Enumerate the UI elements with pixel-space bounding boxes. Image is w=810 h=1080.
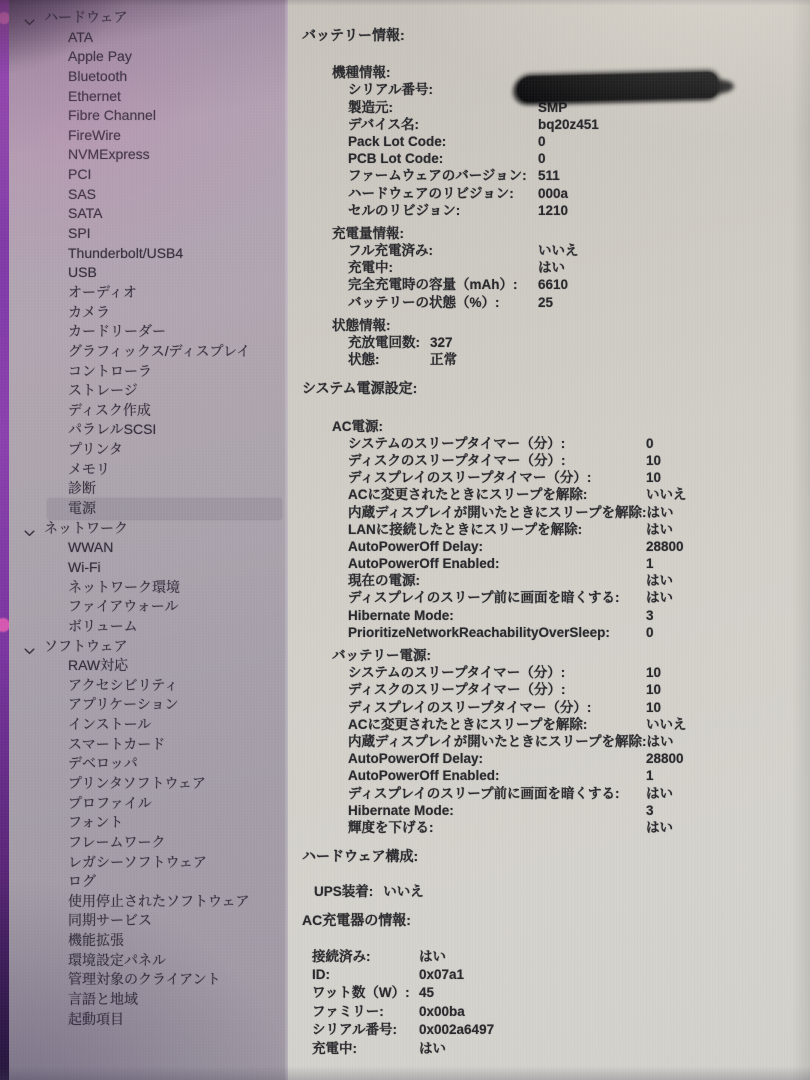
- sidebar-item-label: プロファイル: [68, 795, 152, 811]
- info-value: 28800: [646, 538, 684, 555]
- info-row: LANに接続したときにスリープを解除:はい: [302, 521, 810, 538]
- sidebar-section-label: ソフトウェア: [44, 638, 127, 654]
- info-row: ディスプレイのスリープ前に画面を暗くする:はい: [302, 589, 810, 606]
- info-value: 0x00ba: [419, 1003, 465, 1021]
- sidebar-item-label: FireWire: [68, 127, 121, 143]
- sidebar-item-hardware-16[interactable]: グラフィックス/ディスプレイ: [0, 342, 288, 362]
- sidebar-item-label: カードリーダー: [68, 323, 166, 339]
- sidebar-item-software-4[interactable]: スマートカード: [0, 735, 288, 755]
- info-label: 製造元:: [348, 99, 538, 116]
- sidebar-item-label: PCI: [68, 166, 91, 182]
- info-value: 45: [419, 984, 434, 1002]
- info-label: 接続済み:: [312, 948, 419, 966]
- section-title: ハードウェア構成:: [302, 848, 810, 865]
- info-value: bq20z451: [538, 116, 599, 133]
- sidebar-item-hardware-18[interactable]: ストレージ: [0, 381, 288, 401]
- info-value: 1: [646, 767, 654, 784]
- sidebar-item-software-10[interactable]: レガシーソフトウェア: [0, 853, 288, 873]
- sidebar-item-label: フレームワーク: [68, 834, 165, 850]
- sidebar-item-software-11[interactable]: ログ: [0, 872, 288, 892]
- sidebar-item-software-12[interactable]: 使用停止されたソフトウェア: [0, 892, 288, 912]
- info-label: ACに変更されたときにスリープを解除:: [348, 486, 646, 503]
- info-row: ACに変更されたときにスリープを解除:いいえ: [302, 486, 810, 503]
- sidebar-item-hardware-13[interactable]: オーディオ: [0, 283, 288, 303]
- info-label: UPS装着:: [314, 883, 373, 900]
- info-value: 10: [646, 664, 661, 681]
- info-row: AutoPowerOff Delay:28800: [302, 750, 810, 767]
- info-row: 充電中:はい: [302, 259, 810, 276]
- group-battery-power: バッテリー電源:システムのスリープタイマー（分）:10ディスクのスリープタイマー…: [302, 647, 810, 836]
- sidebar-item-label: 電源: [68, 500, 96, 516]
- info-row: ファームウェアのバージョン:511: [302, 167, 810, 184]
- info-value: はい: [647, 504, 674, 521]
- group-label: 充電量情報:: [302, 225, 810, 242]
- sidebar-section-label: ハードウェア: [44, 9, 127, 25]
- sidebar-item-hardware-3[interactable]: Ethernet: [0, 87, 288, 107]
- sidebar-item-software-16[interactable]: 管理対象のクライアント: [0, 970, 288, 990]
- info-row: ディスプレイのスリープ前に画面を暗くする:はい: [302, 785, 810, 802]
- info-value: いいえ: [646, 716, 687, 733]
- group-ac-power: AC電源:システムのスリープタイマー（分）:0ディスクのスリープタイマー（分）:…: [302, 418, 810, 641]
- sidebar[interactable]: ハードウェアATAApple PayBluetoothEthernetFibre…: [0, 0, 288, 1080]
- group-ups: UPS装着:いいえ: [302, 883, 810, 900]
- sidebar-item-label: インストール: [68, 716, 151, 732]
- sidebar-item-label: オーディオ: [68, 284, 137, 300]
- info-row: UPS装着:いいえ: [302, 883, 810, 900]
- sidebar-item-label: カメラ: [68, 304, 110, 320]
- info-label: システムのスリープタイマー（分）:: [348, 435, 646, 452]
- info-row: 接続済み:はい: [302, 948, 810, 966]
- sidebar-item-label: Thunderbolt/USB4: [68, 245, 183, 261]
- info-row: ディスプレイのスリープタイマー（分）:10: [302, 699, 810, 716]
- sidebar-item-hardware-4[interactable]: Fibre Channel: [0, 106, 288, 126]
- sidebar-item-hardware-21[interactable]: プリンタ: [0, 440, 288, 460]
- sidebar-item-label: パラレルSCSI: [68, 421, 156, 437]
- sidebar-item-label: 起動項目: [68, 1011, 124, 1027]
- info-value: 10: [646, 699, 661, 716]
- info-label: ID:: [312, 966, 419, 984]
- info-row: 輝度を下げる:はい: [302, 819, 810, 836]
- sidebar-item-network-4[interactable]: ボリューム: [0, 617, 288, 637]
- group-charger: 接続済み:はいID:0x07a1ワット数（W）:45ファミリー:0x00baシリ…: [302, 948, 810, 1058]
- section-title: AC充電器の情報:: [302, 912, 810, 929]
- info-value: はい: [419, 1040, 446, 1058]
- sidebar-item-label: Wi-Fi: [68, 559, 101, 575]
- sidebar-item-hardware-24[interactable]: 電源: [48, 499, 281, 519]
- info-label: ワット数（W）:: [312, 984, 419, 1002]
- info-label: 内蔵ディスプレイが開いたときにスリープを解除:: [348, 733, 647, 750]
- info-label: ファームウェアのバージョン:: [348, 167, 538, 184]
- sidebar-item-label: Ethernet: [68, 88, 121, 104]
- sidebar-item-label: ファイアウォール: [68, 598, 178, 614]
- sidebar-item-label: ログ: [68, 873, 96, 889]
- group-label: バッテリー電源:: [302, 647, 810, 664]
- sidebar-item-software-1[interactable]: アクセシビリティ: [0, 676, 288, 696]
- group-label: AC電源:: [302, 418, 810, 435]
- info-value: 0x002a6497: [419, 1021, 494, 1039]
- sidebar-item-hardware-12[interactable]: USB: [0, 263, 288, 283]
- info-value: いいえ: [383, 883, 424, 900]
- info-row: セルのリビジョン:1210: [302, 202, 810, 219]
- info-value: いいえ: [646, 486, 687, 503]
- info-value: はい: [538, 259, 565, 276]
- info-label: Pack Lot Code:: [348, 133, 538, 150]
- sidebar-item-label: ボリューム: [68, 618, 138, 634]
- sidebar-item-network-3[interactable]: ファイアウォール: [0, 597, 288, 617]
- info-label: LANに接続したときにスリープを解除:: [348, 521, 646, 538]
- sidebar-item-software-14[interactable]: 機能拡張: [0, 931, 288, 951]
- sidebar-item-hardware-9[interactable]: SATA: [0, 204, 288, 224]
- photo-edge-artifact: [0, 0, 9, 1080]
- sidebar-item-label: ディスク作成: [68, 402, 151, 418]
- sidebar-item-hardware-10[interactable]: SPI: [0, 224, 288, 244]
- sidebar-item-label: SPI: [68, 225, 91, 241]
- info-value: 1: [646, 555, 654, 572]
- sidebar-item-hardware-20[interactable]: パラレルSCSI: [0, 420, 288, 440]
- sidebar-item-label: SAS: [68, 186, 96, 202]
- system-information-window: ハードウェアATAApple PayBluetoothEthernetFibre…: [0, 0, 810, 1080]
- info-value: 6610: [538, 276, 568, 293]
- info-value: 10: [646, 452, 661, 469]
- sidebar-item-label: ストレージ: [68, 382, 138, 398]
- info-label: Hibernate Mode:: [348, 607, 646, 624]
- sidebar-section-label: ネットワーク: [44, 520, 128, 536]
- info-row: ID:0x07a1: [302, 966, 810, 984]
- info-row: 現在の電源:はい: [302, 572, 810, 589]
- sidebar-item-hardware-22[interactable]: メモリ: [0, 460, 288, 480]
- sidebar-item-hardware-19[interactable]: ディスク作成: [0, 401, 288, 421]
- info-row: ディスプレイのスリープタイマー（分）:10: [302, 469, 810, 486]
- info-row: AutoPowerOff Enabled:1: [302, 767, 810, 784]
- info-row: Hibernate Mode:3: [302, 802, 810, 819]
- info-row: PCB Lot Code:0: [302, 150, 810, 167]
- sidebar-section-software[interactable]: ソフトウェア: [0, 637, 288, 657]
- info-label: システムのスリープタイマー（分）:: [348, 664, 646, 681]
- info-row: 充電中:はい: [302, 1040, 810, 1058]
- sidebar-item-hardware-5[interactable]: FireWire: [0, 126, 288, 146]
- sidebar-item-label: アクセシビリティ: [68, 677, 178, 693]
- info-label: ディスクのスリープタイマー（分）:: [348, 681, 646, 698]
- sidebar-item-network-2[interactable]: ネットワーク環境: [0, 578, 288, 598]
- sidebar-item-label: NVMExpress: [68, 146, 150, 162]
- info-label: ディスプレイのスリープ前に画面を暗くする:: [348, 589, 646, 606]
- sidebar-item-network-1[interactable]: Wi-Fi: [0, 558, 288, 578]
- sidebar-item-hardware-14[interactable]: カメラ: [0, 303, 288, 323]
- info-label: 充放電回数:: [348, 334, 430, 351]
- info-label: 輝度を下げる:: [348, 819, 646, 836]
- sidebar-item-software-15[interactable]: 環境設定パネル: [0, 951, 288, 971]
- sidebar-item-hardware-23[interactable]: 診断: [0, 479, 288, 499]
- info-row: AutoPowerOff Enabled:1: [302, 555, 810, 572]
- sidebar-item-label: USB: [68, 264, 97, 280]
- window-body: ハードウェアATAApple PayBluetoothEthernetFibre…: [0, 0, 810, 1080]
- content-pane[interactable]: バッテリー情報:機種情報:シリアル番号:製造元:SMPデバイス名:bq20z45…: [288, 0, 810, 1080]
- info-label: デバイス名:: [348, 116, 538, 133]
- info-label: ディスプレイのスリープ前に画面を暗くする:: [348, 785, 646, 802]
- info-label: ハードウェアのリビジョン:: [348, 185, 538, 202]
- sidebar-item-software-17[interactable]: 言語と地域: [0, 990, 288, 1010]
- info-value: 511: [538, 167, 560, 184]
- sidebar-item-hardware-15[interactable]: カードリーダー: [0, 322, 288, 342]
- sidebar-item-label: 診断: [68, 480, 96, 496]
- section-title: バッテリー情報:: [302, 27, 810, 44]
- info-row: システムのスリープタイマー（分）:10: [302, 664, 810, 681]
- info-value: 0: [538, 133, 546, 150]
- info-value: 0: [646, 624, 654, 641]
- sidebar-item-label: 使用停止されたソフトウェア: [68, 893, 249, 909]
- info-label: AutoPowerOff Delay:: [348, 750, 646, 767]
- sidebar-item-label: プリンタ: [68, 441, 123, 457]
- sidebar-item-label: WWAN: [68, 539, 113, 555]
- sidebar-item-label: フォント: [68, 814, 123, 830]
- info-row: PrioritizeNetworkReachabilityOverSleep:0: [302, 624, 810, 641]
- sidebar-item-hardware-7[interactable]: PCI: [0, 165, 288, 185]
- info-row: 完全充電時の容量（mAh）:6610: [302, 276, 810, 293]
- section-title: システム電源設定:: [302, 380, 810, 397]
- info-row: シリアル番号:0x002a6497: [302, 1021, 810, 1039]
- sidebar-item-hardware-8[interactable]: SAS: [0, 185, 288, 205]
- sidebar-item-label: RAW対応: [68, 657, 128, 673]
- info-value: 1210: [538, 202, 568, 219]
- info-row: 内蔵ディスプレイが開いたときにスリープを解除:はい: [302, 504, 810, 521]
- sidebar-item-hardware-17[interactable]: コントローラ: [0, 362, 288, 382]
- sidebar-item-hardware-1[interactable]: Apple Pay: [0, 47, 288, 67]
- info-row: Pack Lot Code:0: [302, 133, 810, 150]
- info-label: ディスクのスリープタイマー（分）:: [348, 452, 646, 469]
- section-hardware-config: ハードウェア構成:UPS装着:いいえ: [302, 848, 810, 900]
- info-value: はい: [646, 589, 673, 606]
- sidebar-item-label: 言語と地域: [68, 991, 138, 1007]
- info-label: シリアル番号:: [348, 81, 538, 98]
- info-label: AutoPowerOff Delay:: [348, 538, 646, 555]
- info-value: はい: [646, 785, 673, 802]
- sidebar-item-label: アプリケーション: [68, 696, 179, 712]
- sidebar-item-label: レガシーソフトウェア: [68, 854, 207, 870]
- info-value: はい: [647, 733, 674, 750]
- info-row: AutoPowerOff Delay:28800: [302, 538, 810, 555]
- info-label: 状態:: [348, 351, 430, 368]
- info-label: AutoPowerOff Enabled:: [348, 555, 646, 572]
- sidebar-item-label: メモリ: [68, 461, 110, 477]
- info-value: 0: [538, 150, 546, 167]
- sidebar-item-label: Bluetooth: [68, 68, 127, 84]
- sidebar-item-label: SATA: [68, 205, 103, 221]
- info-label: バッテリーの状態（%）:: [348, 294, 538, 311]
- info-label: PCB Lot Code:: [348, 150, 538, 167]
- info-value: 正常: [430, 351, 457, 368]
- info-row: 状態:正常: [302, 351, 810, 368]
- sidebar-item-hardware-11[interactable]: Thunderbolt/USB4: [0, 244, 288, 264]
- group-charge-info: 充電量情報:フル充電済み:いいえ充電中:はい完全充電時の容量（mAh）:6610…: [302, 225, 810, 311]
- info-value: 0: [646, 435, 654, 452]
- info-label: AutoPowerOff Enabled:: [348, 767, 646, 784]
- sidebar-item-software-13[interactable]: 同期サービス: [0, 911, 288, 931]
- info-value: 25: [538, 294, 553, 311]
- info-value: いいえ: [538, 242, 579, 259]
- sidebar-item-label: スマートカード: [68, 736, 165, 752]
- info-row: ワット数（W）:45: [302, 984, 810, 1002]
- info-label: Hibernate Mode:: [348, 802, 646, 819]
- info-row: バッテリーの状態（%）:25: [302, 294, 810, 311]
- sidebar-item-hardware-2[interactable]: Bluetooth: [0, 67, 288, 87]
- sidebar-item-network-0[interactable]: WWAN: [0, 538, 288, 558]
- group-status-info: 状態情報:充放電回数:327状態:正常: [302, 317, 810, 369]
- sidebar-section-network[interactable]: ネットワーク: [0, 519, 288, 539]
- info-row: システムのスリープタイマー（分）:0: [302, 435, 810, 452]
- info-value: 10: [646, 681, 661, 698]
- sidebar-item-label: 管理対象のクライアント: [68, 971, 221, 987]
- info-label: ファミリー:: [312, 1003, 419, 1021]
- info-value: 327: [430, 334, 453, 351]
- sidebar-item-label: コントローラ: [68, 363, 152, 379]
- info-value: 3: [646, 607, 654, 624]
- chevron-down-icon: [24, 641, 35, 652]
- info-label: セルのリビジョン:: [348, 202, 538, 219]
- sidebar-item-software-6[interactable]: プリンタソフトウェア: [0, 774, 288, 794]
- sidebar-item-software-18[interactable]: 起動項目: [0, 1010, 288, 1030]
- info-label: ディスプレイのスリープタイマー（分）:: [348, 469, 646, 486]
- sidebar-item-software-5[interactable]: デベロッパ: [0, 754, 288, 774]
- sidebar-item-software-2[interactable]: アプリケーション: [0, 695, 288, 715]
- sidebar-section-hardware[interactable]: ハードウェア: [0, 8, 288, 28]
- sidebar-item-label: Fibre Channel: [68, 107, 156, 123]
- info-value: はい: [646, 819, 673, 836]
- info-value: 0x07a1: [419, 966, 464, 984]
- chevron-down-icon: [24, 12, 35, 23]
- info-label: 充電中:: [348, 259, 538, 276]
- info-label: フル充電済み:: [348, 242, 538, 259]
- sidebar-item-software-8[interactable]: フォント: [0, 813, 288, 833]
- sidebar-item-software-7[interactable]: プロファイル: [0, 794, 288, 814]
- sidebar-item-hardware-0[interactable]: ATA: [0, 28, 288, 48]
- sidebar-item-label: グラフィックス/ディスプレイ: [68, 343, 250, 359]
- info-row: 充放電回数:327: [302, 334, 810, 351]
- info-label: 充電中:: [312, 1040, 419, 1058]
- info-row: Hibernate Mode:3: [302, 607, 810, 624]
- sidebar-item-label: デベロッパ: [68, 755, 138, 771]
- info-label: シリアル番号:: [312, 1021, 419, 1039]
- info-row: 内蔵ディスプレイが開いたときにスリープを解除:はい: [302, 733, 810, 750]
- sidebar-item-hardware-6[interactable]: NVMExpress: [0, 145, 288, 165]
- info-label: 内蔵ディスプレイが開いたときにスリープを解除:: [348, 504, 647, 521]
- info-value: 000a: [538, 185, 568, 202]
- sidebar-item-software-9[interactable]: フレームワーク: [0, 833, 288, 853]
- info-label: 現在の電源:: [348, 572, 646, 589]
- sidebar-item-software-0[interactable]: RAW対応: [0, 656, 288, 676]
- info-value: はい: [646, 572, 673, 589]
- info-label: ACに変更されたときにスリープを解除:: [348, 716, 646, 733]
- sidebar-item-label: 同期サービス: [68, 912, 152, 928]
- info-row: デバイス名:bq20z451: [302, 116, 810, 133]
- chevron-down-icon: [24, 523, 35, 534]
- section-system-power-settings: システム電源設定:AC電源:システムのスリープタイマー（分）:0ディスクのスリー…: [302, 380, 810, 836]
- info-value: はい: [419, 948, 446, 966]
- info-row: フル充電済み:いいえ: [302, 242, 810, 259]
- redaction-marker: [517, 72, 719, 103]
- info-value: 3: [646, 802, 654, 819]
- info-row: ディスクのスリープタイマー（分）:10: [302, 452, 810, 469]
- info-value: はい: [646, 521, 673, 538]
- sidebar-item-label: ATA: [68, 29, 93, 45]
- info-row: ハードウェアのリビジョン:000a: [302, 185, 810, 202]
- sidebar-item-label: 機能拡張: [68, 932, 124, 948]
- info-value: 28800: [646, 750, 684, 767]
- info-row: ディスクのスリープタイマー（分）:10: [302, 681, 810, 698]
- group-label: 状態情報:: [302, 317, 810, 334]
- sidebar-item-label: 環境設定パネル: [68, 952, 166, 968]
- info-label: ディスプレイのスリープタイマー（分）:: [348, 699, 646, 716]
- section-ac-charger-info: AC充電器の情報:接続済み:はいID:0x07a1ワット数（W）:45ファミリー…: [302, 912, 810, 1058]
- info-row: ACに変更されたときにスリープを解除:いいえ: [302, 716, 810, 733]
- info-value: 10: [646, 469, 661, 486]
- info-row: ファミリー:0x00ba: [302, 1003, 810, 1021]
- info-label: 完全充電時の容量（mAh）:: [348, 276, 538, 293]
- info-label: PrioritizeNetworkReachabilityOverSleep:: [348, 624, 646, 641]
- sidebar-item-label: ネットワーク環境: [68, 579, 180, 595]
- sidebar-item-label: Apple Pay: [68, 48, 132, 64]
- sidebar-item-label: プリンタソフトウェア: [68, 775, 206, 791]
- sidebar-item-software-3[interactable]: インストール: [0, 715, 288, 735]
